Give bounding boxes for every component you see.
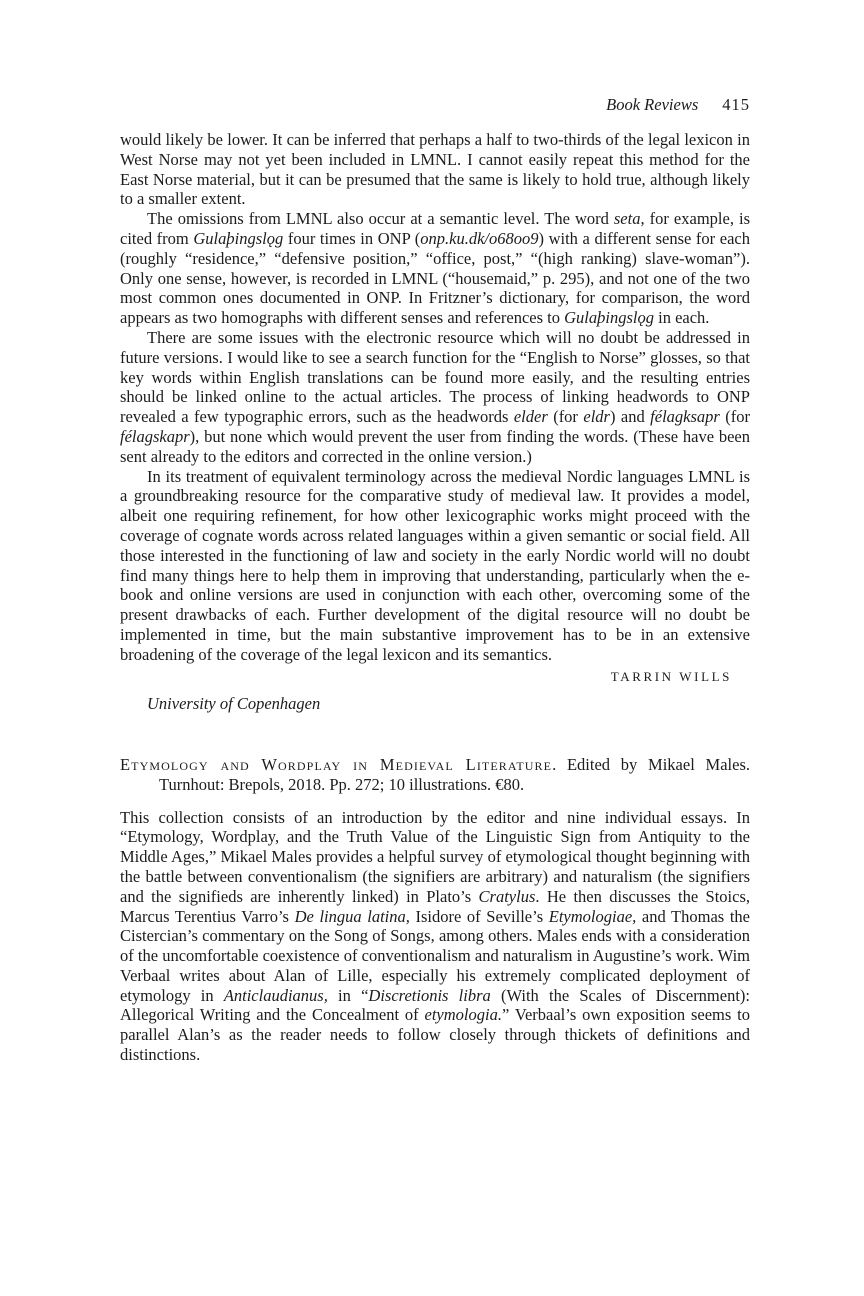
book-title: Etymology and Wordplay in Medieval Liter… xyxy=(120,755,552,774)
review-heading: Etymology and Wordplay in Medieval Liter… xyxy=(120,755,750,796)
page-number: 415 xyxy=(722,95,750,115)
paragraph: This collection consists of an introduct… xyxy=(120,808,750,1065)
review-etymology-body: This collection consists of an introduct… xyxy=(120,808,750,1065)
paragraph: The omissions from LMNL also occur at a … xyxy=(120,209,750,328)
running-header: Book Reviews 415 xyxy=(120,95,750,115)
paragraph: There are some issues with the electroni… xyxy=(120,328,750,467)
reviewer-affiliation: University of Copenhagen xyxy=(120,694,750,714)
paragraph: In its treatment of equivalent terminolo… xyxy=(120,467,750,665)
book-imprint: Turnhout: Brepols, 2018. Pp. 272; 10 ill… xyxy=(159,775,524,794)
running-header-section: Book Reviews xyxy=(606,95,698,115)
paragraph: would likely be lower. It can be inferre… xyxy=(120,130,750,209)
journal-page: Book Reviews 415 would likely be lower. … xyxy=(0,0,864,1296)
review-lmnl-body: would likely be lower. It can be inferre… xyxy=(120,130,750,665)
book-editor: . Edited by Mikael Males. xyxy=(552,755,750,774)
reviewer-name: TARRIN WILLS xyxy=(120,669,750,685)
